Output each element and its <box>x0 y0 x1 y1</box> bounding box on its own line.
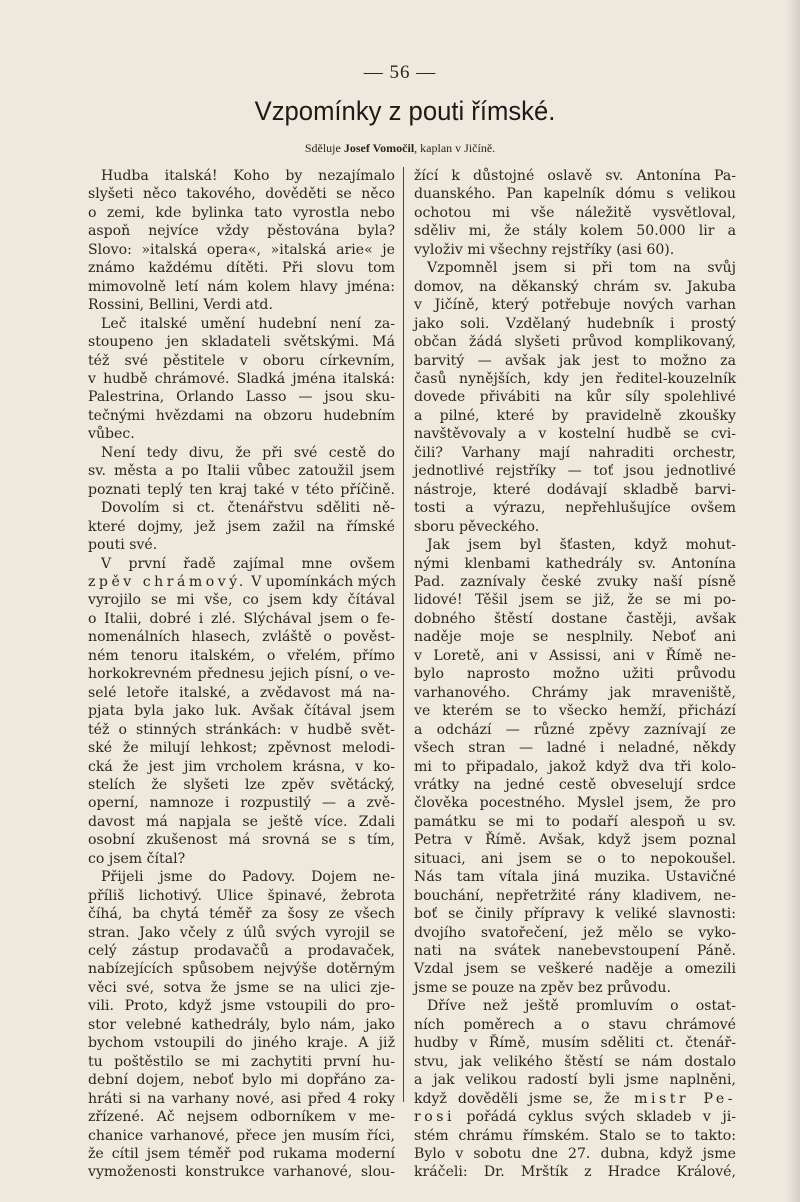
text-line: lidové! Těšil jsem se již, že se mi po- <box>414 591 736 609</box>
line-text: Palestrina, Orlando Lasso — jsou sku- <box>88 389 395 405</box>
text-line: hudby v Římě, musím sděliti ct. čtenář- <box>414 1034 736 1052</box>
text-line: pjata byla jako luk. Avšak čítával jsem <box>88 702 395 720</box>
text-line: v Loretě, ani v Assissi, ani v Římě ne- <box>414 647 736 665</box>
emphasized-text: zpěv chrámový. <box>88 574 247 590</box>
text-line: nástroje, které dodávají skladbě barvi- <box>414 481 736 499</box>
line-text: sboru pěveckého. <box>414 519 539 535</box>
byline: Sděluje Josef Vomočil, kaplan v Jičíně. <box>0 141 800 156</box>
text-line: stran. Jako včely z úlů svých vyrojil se <box>88 924 395 942</box>
text-line: slyšeti něco takového, dověděti se něco <box>88 185 395 203</box>
line-text: tosti a výrazu, nepřehlušujíce ovšem <box>414 500 736 516</box>
line-text: ve kterém se to všecko hemží, přichází <box>414 703 736 719</box>
text-line: mi to připadalo, jakož když dva tři kolo… <box>414 758 736 776</box>
text-line: celý zástup prodavačů a prodavaček, <box>88 942 395 960</box>
line-text: stelích že slyšeti lze zpěv světácký, <box>88 777 395 793</box>
text-line: že cítil jsem téměř pod rukama moderní <box>88 1145 395 1163</box>
text-line: vili. Proto, když jsme vstoupili do pro- <box>88 997 395 1015</box>
text-line: osobní zkušenost má srovná se s tím, <box>88 831 395 849</box>
text-line: dobného štěstí dostane častěji, avšak <box>414 610 736 628</box>
line-text: Dříve než ještě promluvím o ostat- <box>427 998 736 1014</box>
line-text: vili. Proto, když jsme vstoupili do pro- <box>88 998 395 1014</box>
line-text: jako soli. Vzdělaný hudebník i prostý <box>414 316 736 332</box>
line-text: známo každému dítěti. Při slovu tom <box>88 260 395 276</box>
text-line: dovede přivábiti na kůr síly spolehlivé <box>414 388 736 406</box>
line-text: věci své, sotva že jsme se na ulici zje- <box>88 980 395 996</box>
line-text: V první řadě zajímal mne ovšem <box>101 556 395 572</box>
line-text: celý zástup prodavačů a prodavaček, <box>88 943 395 959</box>
text-line: občan žádá slyšeti průvod komplikovaný, <box>414 333 736 351</box>
line-text: Nás tam vítala jiná muzika. Ustavičné <box>414 869 736 885</box>
line-text: člověka pocestného. Myslel jsem, že pro <box>414 795 736 811</box>
line-text: Hudba italská! Koho by nezajímalo <box>101 168 395 184</box>
line-text: osobní zkušenost má srovná se s tím, <box>88 832 395 848</box>
text-line: ochotou mi vše náležitě vysvětloval, <box>414 204 736 222</box>
line-text: Dovolím si ct. čtenářstvu sděliti ně- <box>101 500 395 516</box>
line-text: ních poměrech a o stavu chrámové <box>414 1017 736 1033</box>
line-text: památku se mi to podaří alespoň u sv. <box>414 814 736 830</box>
text-line: zpěv chrámový. V upomínkách mých <box>88 573 395 591</box>
line-text: dovede přivábiti na kůr síly spolehlivé <box>414 389 736 405</box>
text-line: tečnými hvězdami na obzoru hudebním <box>88 407 395 425</box>
text-line: Bylo v sobotu dne 27. dubna, když jsme <box>414 1145 736 1163</box>
line-text: vyloživ mi všechny rejstříky (asi 60). <box>414 242 674 258</box>
text-line: sboru pěveckého. <box>414 518 736 536</box>
text-line: též své pěstitele v oboru církevním, <box>88 352 395 370</box>
line-text: selé letoře italské, a zvědavost má na- <box>88 685 395 701</box>
text-line: stelích že slyšeti lze zpěv světácký, <box>88 776 395 794</box>
text-line: žící k důstojné oslavě sv. Antonína Pa- <box>414 167 736 185</box>
line-text: tečnými hvězdami na obzoru hudebním <box>88 408 395 424</box>
line-text: číhá, ba chytá téměř za šosy ze všech <box>88 906 395 922</box>
line-text: bouchání, nepřetržité rány kladivem, ne- <box>414 888 736 904</box>
line-text: sv. města a po Italii vůbec zatoužil jse… <box>88 463 395 479</box>
line-text: kráčeli: Dr. Mrštík z Hradce Králové, <box>414 1164 736 1180</box>
text-line: ních poměrech a o stavu chrámové <box>414 1016 736 1034</box>
right-column: žící k důstojné oslavě sv. Antonína Pa-d… <box>414 167 736 1182</box>
text-line: známo každému dítěti. Při slovu tom <box>88 259 395 277</box>
line-text: mimovolně letí nám kolem hlavy jména: <box>88 279 395 295</box>
line-text: v Loretě, ani v Assissi, ani v Římě ne- <box>414 648 736 664</box>
text-line: čili? Varhany mají nahraditi orchestr, <box>414 444 736 462</box>
text-line: příliš lichotivý. Ulice špinavé, žebrota <box>88 887 395 905</box>
text-line: vůbec. <box>88 425 395 443</box>
line-text: pouti své. <box>88 537 157 553</box>
line-text: V upomínkách mých <box>247 574 396 590</box>
line-text: hudby v Římě, musím sděliti ct. čtenář- <box>414 1035 736 1051</box>
text-line: věci své, sotva že jsme se na ulici zje- <box>88 979 395 997</box>
text-line: poznati teplý ten kraj také v této příči… <box>88 481 395 499</box>
line-text: horkokrevném přednesu jejich písní, o ve… <box>88 666 395 682</box>
line-text: hráti si na varhany nové, asi před 4 rok… <box>88 1091 395 1107</box>
line-text: chanice varhanové, přece jen musím říci, <box>88 1128 395 1144</box>
line-text: ném tenoru italském, o vřelém, přímo <box>88 648 395 664</box>
text-line: ské že milují lehkost; zpěvnost melodi- <box>88 739 395 757</box>
line-text: že cítil jsem téměř pod rukama moderní <box>88 1146 395 1162</box>
line-text: nomenálních hlasech, zvláště o pověst- <box>88 629 395 645</box>
text-line: stvu, jak velikého štěstí se nám dostalo <box>414 1053 736 1071</box>
text-line: rosi pořádá cyklus svých skladeb v ji- <box>414 1108 736 1126</box>
line-text: v hudbě chrámové. Sladká jména italská: <box>88 371 395 387</box>
text-line: a odchází — různé zpěvy zaznívají ze <box>414 721 736 739</box>
text-line: hráti si na varhany nové, asi před 4 rok… <box>88 1090 395 1108</box>
line-text: zřízené. Ač nejsem odborníkem v me- <box>88 1109 395 1125</box>
line-text: nými klenbami kathedrály sv. Antonína <box>414 556 736 572</box>
text-line: vrátky na jedné cestě obveselují srdce <box>414 776 736 794</box>
text-line: Není tedy divu, že při své cestě do <box>88 444 395 462</box>
line-text: co jsem čítal? <box>88 851 185 867</box>
line-text: jednotlivé rejstříky — toť jsou jednotli… <box>414 463 736 479</box>
text-line: Petra v Římě. Avšak, když jsem poznal <box>414 831 736 849</box>
line-text: Rossini, Bellini, Verdi atd. <box>88 297 273 313</box>
line-text: vůbec. <box>88 426 135 442</box>
line-text: barvitý — avšak jak jest to možno za <box>414 353 736 369</box>
line-text: Vzpomněl jsem si při tom na svůj <box>427 260 736 276</box>
line-text: vyrojilo se mi vše, co jsem kdy čítával <box>88 592 395 608</box>
text-line: vyrojilo se mi vše, co jsem kdy čítával <box>88 591 395 609</box>
text-line: časů nynějších, kdy jen ředitel-kouzelní… <box>414 370 736 388</box>
line-text: jsme se pouze na zpěv bez průvodu. <box>414 980 671 996</box>
line-text: stoupeno jen skladateli světskými. Má <box>88 334 395 350</box>
line-text: pjata byla jako luk. Avšak čítával jsem <box>88 703 395 719</box>
column-divider <box>403 167 404 1102</box>
line-text: příliš lichotivý. Ulice špinavé, žebrota <box>88 888 395 904</box>
line-text: když dověděli jsme se, že <box>414 1091 620 1107</box>
article-title: Vzpomínky z pouti římské. <box>20 96 790 127</box>
line-text: Pad. zaznívaly české zvuky naší písně <box>414 574 736 590</box>
line-text: situaci, ani jsem se o to nepokoušel. <box>414 851 736 867</box>
text-line: Rossini, Bellini, Verdi atd. <box>88 296 395 314</box>
text-line: varhanového. Chrámy jak mraveniště, <box>414 684 736 702</box>
text-line: situaci, ani jsem se o to nepokoušel. <box>414 850 736 868</box>
text-line: stém chrámu římském. Stalo se to takto: <box>414 1127 736 1145</box>
text-line: bylo naprosto možno užiti průvodu <box>414 665 736 683</box>
text-line: Vzpomněl jsem si při tom na svůj <box>414 259 736 277</box>
text-line: Pad. zaznívaly české zvuky naší písně <box>414 573 736 591</box>
line-text: boť se činily přípravy k veliké slavnost… <box>414 906 736 922</box>
text-line: boť se činily přípravy k veliké slavnost… <box>414 905 736 923</box>
emphasized-text: mistr Pe- <box>620 1091 736 1107</box>
text-line: památku se mi to podaří alespoň u sv. <box>414 813 736 831</box>
line-text: Přijeli jsme do Padovy. Dojem ne- <box>101 869 395 885</box>
line-text: domov, na děkanský chrám sv. Jakuba <box>414 279 736 295</box>
emphasized-text: rosi <box>414 1109 455 1125</box>
text-line: pouti své. <box>88 536 395 554</box>
line-text: davost má napjala se ještě více. Zdali <box>88 814 395 830</box>
text-line: a jak velikou radostí byli jsme naplněni… <box>414 1071 736 1089</box>
line-text: čili? Varhany mají nahraditi orchestr, <box>414 445 736 461</box>
text-line: ném tenoru italském, o vřelém, přímo <box>88 647 395 665</box>
text-line: člověka pocestného. Myslel jsem, že pro <box>414 794 736 812</box>
text-line: cká že jest jim vrcholem krásna, v ko- <box>88 758 395 776</box>
text-line: sv. města a po Italii vůbec zatoužil jse… <box>88 462 395 480</box>
text-line: Přijeli jsme do Padovy. Dojem ne- <box>88 868 395 886</box>
line-text: též své pěstitele v oboru církevním, <box>88 353 395 369</box>
line-text: bychom vstoupili do jiného kraje. A již <box>88 1035 395 1051</box>
text-line: všech stran — ladné i neladné, někdy <box>414 739 736 757</box>
text-line: operní, namnoze i rozpustilý — a zvě- <box>88 794 395 812</box>
text-line: Dovolím si ct. čtenářstvu sděliti ně- <box>88 499 395 517</box>
line-text: stran. Jako včely z úlů svých vyrojil se <box>88 925 395 941</box>
text-line: tu poštěstilo se mi zachytiti první hu- <box>88 1053 395 1071</box>
text-line: Nás tam vítala jiná muzika. Ustavičné <box>414 868 736 886</box>
text-line: Hudba italská! Koho by nezajímalo <box>88 167 395 185</box>
line-text: cká že jest jim vrcholem krásna, v ko- <box>88 759 395 775</box>
line-text: Slovo: »italská opera«, »italská arie« j… <box>88 242 395 258</box>
text-line: davost má napjala se ještě více. Zdali <box>88 813 395 831</box>
line-text: a odchází — různé zpěvy zaznívají ze <box>414 722 736 738</box>
text-line: selé letoře italské, a zvědavost má na- <box>88 684 395 702</box>
byline-author: Josef Vomočil <box>344 141 414 155</box>
byline-prefix: Sděluje <box>305 141 344 155</box>
line-text: Jak jsem byl šťasten, když mohut- <box>427 537 736 553</box>
text-line: domov, na děkanský chrám sv. Jakuba <box>414 278 736 296</box>
text-line: kráčeli: Dr. Mrštík z Hradce Králové, <box>414 1163 736 1181</box>
text-line: v hudbě chrámové. Sladká jména italská: <box>88 370 395 388</box>
line-text: o zemi, kde bylinka tato vyrostla nebo <box>88 205 395 221</box>
text-line: jako soli. Vzdělaný hudebník i prostý <box>414 315 736 333</box>
line-text: duanského. Pan kapelník dómu s velikou <box>414 186 736 202</box>
text-line: a pilné, které by pravidelně zkoušky <box>414 407 736 425</box>
text-line: stoupeno jen skladateli světskými. Má <box>88 333 395 351</box>
line-text: a pilné, které by pravidelně zkoušky <box>414 408 736 424</box>
line-text: stor velebné kathedrály, bylo nám, jako <box>88 1017 395 1033</box>
text-line: Vzdal jsem se veškeré naděje a omezili <box>414 960 736 978</box>
line-text: všech stran — ladné i neladné, někdy <box>414 740 736 756</box>
text-line: též o stinných stránkách: v hudbě svět- <box>88 721 395 739</box>
text-line: jsme se pouze na zpěv bez průvodu. <box>414 979 736 997</box>
text-line: tosti a výrazu, nepřehlušujíce ovšem <box>414 499 736 517</box>
text-line: v Jičíně, který potřebuje nových varhan <box>414 296 736 314</box>
line-text: Leč italské umění hudební není za- <box>101 316 395 332</box>
line-text: které dojmy, jež jsem zažil na římské <box>88 519 395 535</box>
line-text: sděliv mi, že stály kolem 50.000 lir a <box>414 223 736 239</box>
text-line: ve kterém se to všecko hemží, přichází <box>414 702 736 720</box>
text-line: mimovolně letí nám kolem hlavy jména: <box>88 278 395 296</box>
text-line: vyloživ mi všechny rejstříky (asi 60). <box>414 241 736 259</box>
line-text: varhanového. Chrámy jak mraveniště, <box>414 685 736 701</box>
line-text: vymoženosti konstrukce varhanové, slou- <box>88 1164 395 1180</box>
line-text: dvojího svatořečení, jež mělo se vyko- <box>414 925 736 941</box>
text-line: co jsem čítal? <box>88 850 395 868</box>
line-text: nati na svátek nanebevstoupení Páně. <box>414 943 736 959</box>
line-text: občan žádá slyšeti průvod komplikovaný, <box>414 334 736 350</box>
line-text: stvu, jak velikého štěstí se nám dostalo <box>414 1054 736 1070</box>
line-text: Petra v Římě. Avšak, když jsem poznal <box>414 832 736 848</box>
text-line: když dověděli jsme se, že mistr Pe- <box>414 1090 736 1108</box>
line-text: Vzdal jsem se veškeré naděje a omezili <box>414 961 736 977</box>
page-edge-shadow <box>786 0 800 1202</box>
text-line: navštěvovaly a v kostelní hudbě se cvi- <box>414 425 736 443</box>
line-text: tu poštěstilo se mi zachytiti první hu- <box>88 1054 395 1070</box>
line-text: časů nynějších, kdy jen ředitel-kouzelní… <box>414 371 736 387</box>
text-line: číhá, ba chytá téměř za šosy ze všech <box>88 905 395 923</box>
text-line: aspoň nejvíce vždy pěstována byla? <box>88 222 395 240</box>
text-line: o Italii, dobré i zlé. Slýchával jsem o … <box>88 610 395 628</box>
text-line: Dříve než ještě promluvím o ostat- <box>414 997 736 1015</box>
line-text: a jak velikou radostí byli jsme naplněni… <box>414 1072 736 1088</box>
text-line: dvojího svatořečení, jež mělo se vyko- <box>414 924 736 942</box>
text-line: vymoženosti konstrukce varhanové, slou- <box>88 1163 395 1181</box>
line-text: Bylo v sobotu dne 27. dubna, když jsme <box>414 1146 736 1162</box>
text-line: V první řadě zajímal mne ovšem <box>88 555 395 573</box>
line-text: aspoň nejvíce vždy pěstována byla? <box>88 223 395 239</box>
line-text: pořádá cyklus svých skladeb v ji- <box>455 1109 736 1125</box>
text-line: horkokrevném přednesu jejich písní, o ve… <box>88 665 395 683</box>
line-text: ochotou mi vše náležitě vysvětloval, <box>414 205 736 221</box>
line-text: vrátky na jedné cestě obveselují srdce <box>414 777 736 793</box>
line-text: ské že milují lehkost; zpěvnost melodi- <box>88 740 395 756</box>
line-text: bylo naprosto možno užiti průvodu <box>414 666 736 682</box>
text-line: Slovo: »italská opera«, »italská arie« j… <box>88 241 395 259</box>
text-line: dební dojem, neboť bylo mi dopřáno za- <box>88 1071 395 1089</box>
text-line: Jak jsem byl šťasten, když mohut- <box>414 536 736 554</box>
line-text: o Italii, dobré i zlé. Slýchával jsem o … <box>88 611 395 627</box>
text-line: chanice varhanové, přece jen musím říci, <box>88 1127 395 1145</box>
line-text: žící k důstojné oslavě sv. Antonína Pa- <box>414 168 736 184</box>
line-text: poznati teplý ten kraj také v této příči… <box>88 482 395 498</box>
byline-suffix: , kaplan v Jičíně. <box>414 141 495 155</box>
line-text: operní, namnoze i rozpustilý — a zvě- <box>88 795 395 811</box>
line-text: nabízejících spůsobem nejvýše dotěrným <box>88 961 395 977</box>
text-line: nabízejících spůsobem nejvýše dotěrným <box>88 960 395 978</box>
line-text: dobného štěstí dostane častěji, avšak <box>414 611 736 627</box>
text-line: bychom vstoupili do jiného kraje. A již <box>88 1034 395 1052</box>
line-text: nástroje, které dodávají skladbě barvi- <box>414 482 736 498</box>
text-line: nými klenbami kathedrály sv. Antonína <box>414 555 736 573</box>
line-text: dební dojem, neboť bylo mi dopřáno za- <box>88 1072 395 1088</box>
text-line: Palestrina, Orlando Lasso — jsou sku- <box>88 388 395 406</box>
line-text: stém chrámu římském. Stalo se to takto: <box>414 1128 736 1144</box>
text-line: stor velebné kathedrály, bylo nám, jako <box>88 1016 395 1034</box>
line-text: navštěvovaly a v kostelní hudbě se cvi- <box>414 426 736 442</box>
text-line: duanského. Pan kapelník dómu s velikou <box>414 185 736 203</box>
line-text: lidové! Těšil jsem se již, že se mi po- <box>414 592 736 608</box>
page-number: — 56 — <box>0 62 800 84</box>
text-line: jednotlivé rejstříky — toť jsou jednotli… <box>414 462 736 480</box>
left-column: Hudba italská! Koho by nezajímaloslyšeti… <box>88 167 395 1182</box>
text-line: o zemi, kde bylinka tato vyrostla nebo <box>88 204 395 222</box>
line-text: slyšeti něco takového, dověděti se něco <box>88 186 395 202</box>
text-line: sděliv mi, že stály kolem 50.000 lir a <box>414 222 736 240</box>
line-text: v Jičíně, který potřebuje nových varhan <box>414 297 736 313</box>
text-line: barvitý — avšak jak jest to možno za <box>414 352 736 370</box>
line-text: Není tedy divu, že při své cestě do <box>101 445 395 461</box>
line-text: též o stinných stránkách: v hudbě svět- <box>88 722 395 738</box>
line-text: mi to připadalo, jakož když dva tři kolo… <box>414 759 736 775</box>
text-line: které dojmy, jež jsem zažil na římské <box>88 518 395 536</box>
text-line: zřízené. Ač nejsem odborníkem v me- <box>88 1108 395 1126</box>
text-line: bouchání, nepřetržité rány kladivem, ne- <box>414 887 736 905</box>
text-line: nati na svátek nanebevstoupení Páně. <box>414 942 736 960</box>
text-line: Leč italské umění hudební není za- <box>88 315 395 333</box>
text-line: naděje moje se nesplnily. Neboť ani <box>414 628 736 646</box>
line-text: naděje moje se nesplnily. Neboť ani <box>414 629 736 645</box>
text-line: nomenálních hlasech, zvláště o pověst- <box>88 628 395 646</box>
